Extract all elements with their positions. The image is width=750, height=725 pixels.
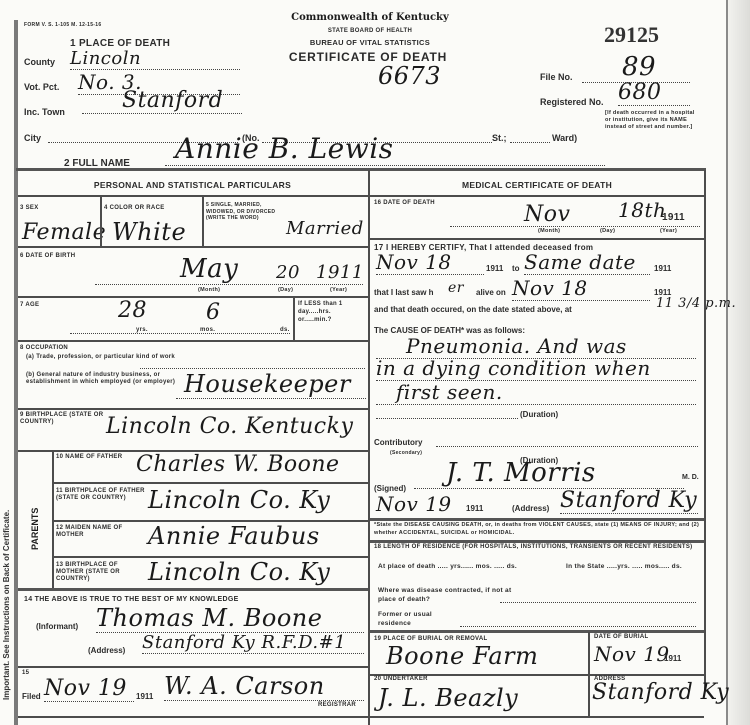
rule: [52, 450, 54, 588]
rule: [18, 716, 368, 718]
date-of-death-label: 16 DATE OF DEATH: [374, 200, 435, 206]
dob-label: 6 DATE OF BIRTH: [20, 253, 75, 259]
filed-number: 15: [22, 670, 29, 676]
physician-address: Stanford Ky: [560, 488, 698, 514]
rule: [18, 296, 368, 298]
medical-heading: MEDICAL CERTIFICATE OF DEATH: [372, 180, 702, 190]
vot-pct-label: Vot. Pct.: [24, 82, 59, 92]
ds-caption: ds.: [280, 327, 290, 333]
last-saw-label: that I last saw h: [374, 288, 434, 297]
attended-to-year: 1911: [654, 264, 671, 273]
county-value: Lincoln: [70, 48, 240, 70]
burial-year: 1911: [664, 654, 681, 663]
cause-line-2: in a dying condition when: [376, 356, 696, 381]
death-year-caption: (Year): [660, 228, 677, 234]
father-name-value: Charles W. Boone: [136, 452, 340, 477]
filed-label: Filed: [22, 692, 41, 701]
age-line: [70, 333, 290, 334]
signed-year: 1911: [466, 504, 483, 513]
occupation-b-label: (b) General nature of industry business,…: [26, 372, 176, 386]
to-label: to: [512, 264, 520, 273]
death-month-caption: (Month): [538, 228, 560, 234]
rule: [18, 246, 368, 248]
father-birthplace-value: Lincoln Co. Ky: [148, 486, 330, 514]
certificate-title: CERTIFICATE OF DEATH: [258, 50, 478, 64]
city-label: City: [24, 133, 41, 143]
attended-to: Same date: [524, 250, 650, 275]
burial-date-value: Nov 19: [594, 642, 670, 666]
state-title: Commonwealth of Kentucky: [270, 12, 470, 23]
file-no-value: 89: [582, 52, 690, 83]
registrar-label: REGISTRAR: [318, 702, 356, 708]
death-certificate: Important. See Instructions on Back of C…: [0, 0, 750, 725]
contributory-label: Contributory: [374, 438, 422, 447]
left-border-rule: [14, 20, 18, 725]
dob-day: 20: [276, 262, 300, 283]
marital-value: Married: [286, 218, 364, 239]
last-saw-pronoun: er: [448, 280, 464, 296]
age-years: 28: [118, 298, 147, 323]
rule: [18, 340, 368, 342]
birthplace-value: Lincoln Co. Kentucky: [106, 414, 353, 439]
rule: [18, 195, 368, 197]
file-no-label: File No.: [540, 72, 573, 82]
mother-birthplace-label: 13 BIRTHPLACE OF MOTHER (State or countr…: [56, 562, 146, 583]
bureau-name: BUREAU OF VITAL STATISTICS: [270, 38, 470, 47]
death-day: 18th: [618, 198, 666, 222]
father-birthplace-label: 11 BIRTHPLACE OF FATHER (State or countr…: [56, 488, 146, 502]
rule: [370, 195, 704, 197]
physician-address-label: (Address): [512, 504, 549, 513]
death-year: 1911: [662, 212, 685, 223]
undertaker-value: J. L. Beazly: [378, 684, 518, 712]
mother-name-label: 12 MAIDEN NAME OF MOTHER: [56, 525, 146, 539]
informant-address-value: Stanford Ky R.F.D.#1: [142, 632, 364, 654]
in-state-label: In the State .....yrs. ..... mos..... ds…: [566, 562, 700, 571]
mos-caption: mos.: [200, 327, 215, 333]
physician-signature: J. T. Morris: [414, 458, 684, 489]
yrs-caption: yrs.: [136, 327, 148, 333]
residence-label: 18 LENGTH OF RESIDENCE (FOR HOSPITALS, I…: [374, 544, 700, 552]
inc-town-value: Stanford: [82, 88, 242, 114]
rule: [18, 666, 368, 668]
occupation-a-label: (a) Trade, profession, or particular kin…: [26, 354, 176, 361]
center-divider: [368, 170, 370, 725]
board-name: STATE BOARD OF HEALTH: [270, 28, 470, 34]
full-name-value: Annie B. Lewis: [165, 132, 605, 166]
inc-town-label: Inc. Town: [24, 107, 65, 117]
day-caption: (Day): [278, 287, 293, 293]
occupation-a-line: [140, 368, 365, 369]
rule: [52, 482, 368, 484]
contracted-line: [500, 602, 696, 603]
filed-year: 1911: [136, 692, 153, 701]
at-place-label: At place of death ..... yrs...... mos. .…: [378, 562, 538, 571]
informant-heading: 14 THE ABOVE IS TRUE TO THE BEST OF MY K…: [24, 596, 239, 603]
county-label: County: [24, 57, 55, 67]
informant-value: Thomas M. Boone: [96, 604, 364, 633]
attended-from-year: 1911: [486, 264, 503, 273]
undertaker-label: 20 UNDERTAKER: [374, 676, 428, 682]
mother-name-value: Annie Faubus: [148, 522, 320, 550]
birthplace-label: 9 BIRTHPLACE (state or country): [20, 412, 110, 426]
secondary-label: (Secondary): [390, 450, 422, 456]
certificate-number: 6673: [378, 62, 441, 90]
sex-label: 3 SEX: [20, 205, 39, 211]
rule: [370, 716, 704, 718]
alive-on-label: alive on: [476, 288, 506, 297]
contracted-label: Where was disease contracted, if not at …: [378, 586, 518, 604]
right-border-rule: [726, 0, 728, 725]
time-of-death: 11 3/4 p.m.: [656, 296, 736, 311]
rule: [370, 630, 704, 633]
duration-label: (Duration): [520, 410, 558, 419]
death-day-caption: (Day): [600, 228, 615, 234]
rule: [202, 196, 204, 246]
dob-line: [95, 284, 363, 285]
registrar-signature: W. A. Carson: [164, 672, 364, 701]
duration-line: [376, 418, 518, 419]
registered-no-label: Registered No.: [540, 97, 604, 107]
cause-line-3: first seen.: [376, 380, 696, 405]
date-of-death-line: [450, 226, 700, 227]
former-residence-label: Former or usual residence: [378, 610, 458, 628]
color-value: White: [112, 218, 186, 246]
age-label: 7 AGE: [20, 302, 39, 308]
md-label: M. D.: [682, 474, 699, 481]
occupation-label: 8 OCCUPATION: [20, 345, 68, 351]
occupation-value: Housekeeper: [176, 370, 366, 399]
personal-heading: PERSONAL AND STATISTICAL PARTICULARS: [20, 180, 365, 190]
month-caption: (Month): [198, 287, 220, 293]
right-divider: [704, 170, 706, 690]
age-months: 6: [206, 300, 221, 325]
form-number: FORM V. S. 1-105 M. 12-15-16: [24, 22, 101, 28]
informant-label: (Informant): [36, 622, 78, 631]
parents-section-label: PARENTS: [30, 508, 40, 550]
former-residence-line: [460, 626, 696, 627]
contributory-line: [436, 446, 698, 447]
rule: [370, 518, 704, 521]
filed-date: Nov 19: [44, 676, 134, 702]
sex-value: Female: [22, 220, 106, 245]
occurred-label: and that death occured, on the date stat…: [374, 305, 572, 314]
rule: [18, 588, 368, 591]
form-top-rule: [16, 168, 706, 171]
rule: [370, 238, 704, 240]
less-than-day-note: If LESS than 1 day.....hrs. or.....min.?: [298, 300, 364, 324]
color-label: 4 COLOR OR RACE: [104, 205, 165, 211]
rule: [293, 296, 295, 340]
last-saw-date: Nov 18: [512, 276, 650, 301]
informant-address-label: (Address): [88, 646, 125, 655]
rule: [100, 196, 102, 246]
burial-place-value: Boone Farm: [386, 642, 538, 670]
father-name-label: 10 NAME OF FATHER: [56, 454, 136, 461]
margin-note: Important. See Instructions on Back of C…: [2, 380, 11, 700]
signed-date: Nov 19: [376, 492, 452, 516]
page-edge: [728, 0, 750, 725]
dob-year: 1911: [316, 262, 364, 283]
burial-date-label: DATE OF BURIAL: [594, 634, 648, 640]
hospital-note: [If death occurred in a hospital or inst…: [605, 110, 697, 131]
registered-no-value: 680: [618, 80, 690, 106]
rule: [370, 540, 704, 543]
dob-month: May: [180, 254, 238, 284]
mother-birthplace-value: Lincoln Co. Ky: [148, 558, 330, 586]
year-caption: (Year): [330, 287, 347, 293]
stamp-number: 29125: [604, 22, 659, 48]
death-month: Nov: [524, 202, 570, 227]
rule: [18, 408, 368, 410]
undertaker-address-value: Stanford Ky: [592, 680, 729, 705]
cause-footnote: *State the DISEASE CAUSING DEATH, or, in…: [374, 522, 700, 537]
marital-label: 5 SINGLE, MARRIED, WIDOWED, OR DIVORCED …: [206, 202, 284, 222]
attended-from: Nov 18: [376, 250, 484, 275]
